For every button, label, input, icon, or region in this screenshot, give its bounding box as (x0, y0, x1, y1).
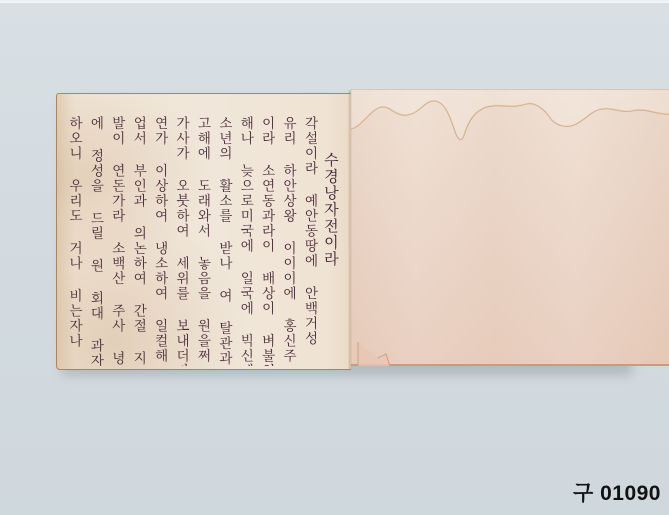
background-top-edge (0, 0, 669, 3)
manuscript-book: 수경낭자전이라 각설이라 예안동땅에 안백거성 유리 하안상왕 이이이에 홍신주… (56, 86, 634, 372)
catalog-number-label: 구 01090 (573, 477, 661, 507)
folded-corner (356, 340, 392, 368)
water-stain (351, 89, 669, 169)
text-column: 연가 이상하여 냉소하여 일컬해 쭉이 (151, 116, 169, 366)
text-column: 이라 소연동과라이 배상이 벼불워 (258, 116, 276, 366)
book-gutter (348, 90, 352, 370)
text-column: 각설이라 예안동땅에 안백거성 (300, 116, 318, 366)
text-column: 유리 하안상왕 이이이에 홍신주 (279, 116, 297, 366)
text-column: 고해에 도래와서 놓음을 원을쩌 (193, 116, 211, 366)
text-column: 발이 연돈가라 소백산 주사 녕봉 (108, 116, 126, 366)
left-page-text: 수경낭자전이라 각설이라 예안동땅에 안백거성 유리 하안상왕 이이이에 홍신주… (56, 93, 351, 370)
text-column: 하오니 우리도 거나 비는자나 가 하고 (65, 116, 83, 366)
text-column: 가사가 오붓하여 세위를 보내더라 (172, 116, 190, 366)
manuscript-title: 수경낭자전이라 (322, 116, 340, 366)
text-column: 소년의 활소를 받나 여 탈관과걸 한고 (215, 116, 233, 366)
manuscript-text-columns: 수경낭자전이라 각설이라 예안동땅에 안백거성 유리 하안상왕 이이이에 홍신주… (65, 116, 340, 366)
text-column: 업서 부인과 의논하여 간절 지 완을이 (129, 116, 147, 366)
text-column: 해나 늦으로미국에 일국에 빅신에 더라 (236, 116, 254, 366)
text-column: 에 정성을 드릴 원 회대 과자를 굳니 (86, 116, 104, 366)
